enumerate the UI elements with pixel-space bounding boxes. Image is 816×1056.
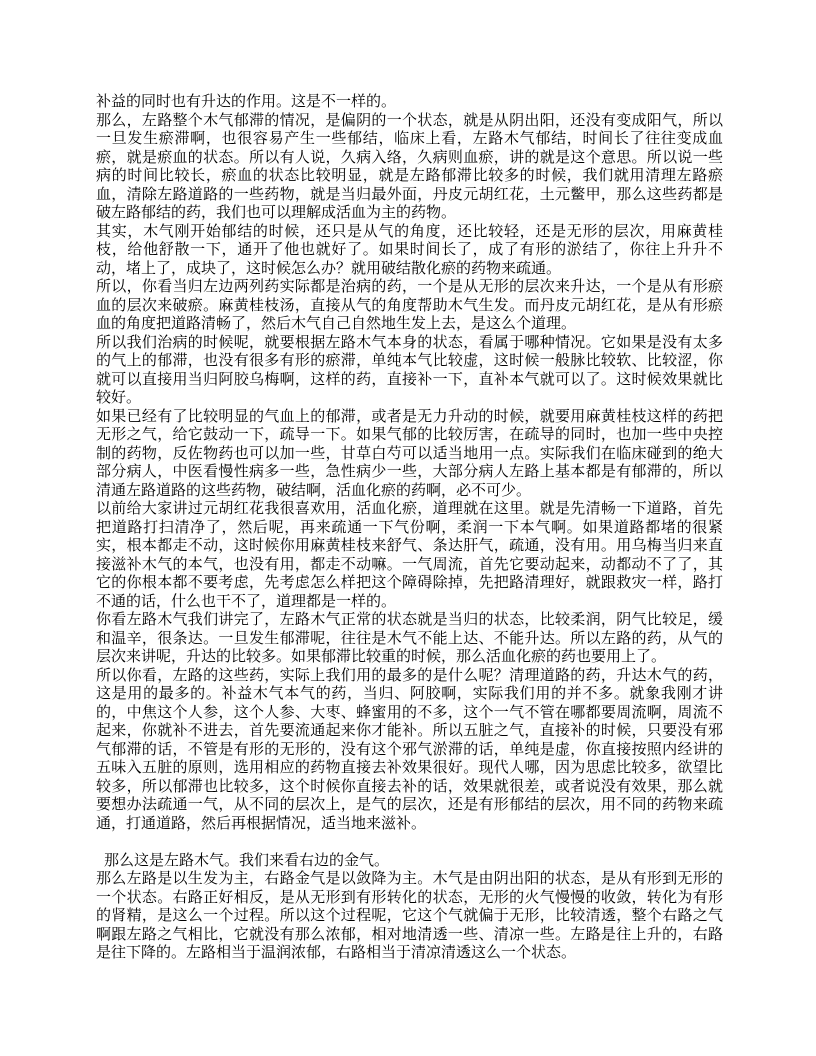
paragraph: 所以，你看当归左边两列药实际都是治病的药，一个是从无形的层次来升达，一个是从有形… (96, 278, 723, 334)
paragraph: 那么，左路整个木气郁滞的情况，是偏阴的一个状态，就是从阴出阳，还没有变成阳气，所… (96, 112, 723, 223)
text-block: 补益的同时也有升达的作用。这是不一样的。那么，左路整个木气郁滞的情况，是偏阴的一… (96, 93, 723, 963)
paragraph: 如果已经有了比较明显的气血上的郁滞，或者是无力升动的时候，就要用麻黄桂枝这样的药… (96, 408, 723, 501)
document-page: 补益的同时也有升达的作用。这是不一样的。那么，左路整个木气郁滞的情况，是偏阴的一… (0, 0, 816, 1056)
paragraph: 你看左路木气我们讲完了，左路木气正常的状态就是当归的状态，比较柔润，阴气比较足，… (96, 611, 723, 667)
paragraph: 以前给大家讲过元胡红花我很喜欢用，活血化瘀，道理就在这里。就是先清畅一下道路，首… (96, 500, 723, 611)
paragraph: 补益的同时也有升达的作用。这是不一样的。 (96, 93, 723, 112)
paragraph: 那么左路是以生发为主，右路金气是以敛降为主。木气是由阴出阳的状态，是从有形到无形… (96, 870, 723, 963)
paragraph: 所以你看，左路的这些药，实际上我们用的最多的是什么呢？清理道路的药，升达木气的药… (96, 667, 723, 834)
paragraph: 那么这是左路木气。我们来看右边的金气。 (96, 852, 723, 871)
paragraph: 所以我们治病的时候呢，就要根据左路木气本身的状态，看属于哪种情况。它如果是没有太… (96, 334, 723, 408)
paragraph: 其实，木气刚开始郁结的时候，还只是从气的角度，还比较轻，还是无形的层次，用麻黄桂… (96, 223, 723, 279)
